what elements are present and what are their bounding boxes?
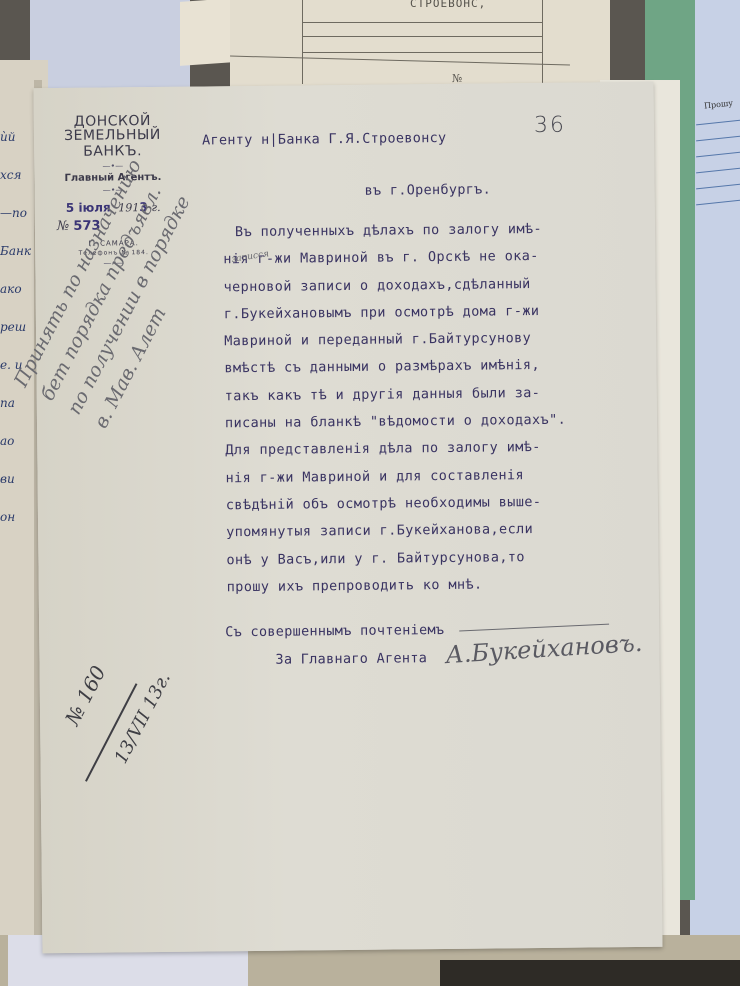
body-line: нія г-жи Мавриной въ г. Орскѣ не ока- — [223, 248, 564, 279]
body-line: вмѣстѣ съ данными о размѣрахъ имѣнія, — [224, 357, 565, 388]
body-line: онѣ у Васъ,или у г. Байтурсунова,то — [226, 548, 567, 579]
closing-signatory-role: За Главнаго Агента — [275, 650, 427, 668]
folio-number: 36 — [534, 113, 566, 138]
form-rule — [302, 0, 303, 84]
form-rule — [302, 22, 542, 23]
background-dark-gap — [440, 960, 740, 986]
address-city: въ г.Оренбургъ. — [364, 181, 491, 198]
form-rule — [302, 36, 542, 37]
letter-sheet: ДОНСКОЙ ЗЕМЕЛЬНЫЙ БАНКЪ. —•— Главный Аге… — [33, 82, 662, 953]
body-line: Мавриной и переданный г.Байтурсунову — [224, 330, 565, 361]
body-line: Въ полученныхъ дѣлахъ по залогу имѣ- — [235, 221, 576, 252]
form-rule — [230, 56, 570, 66]
letter-body: Въ полученныхъ дѣлахъ по залогу имѣ- нія… — [223, 221, 568, 607]
body-line: свѣдѣній объ осмотрѣ необходимы выше- — [226, 494, 567, 525]
background-blue-form: Прошу — [690, 0, 740, 960]
body-line: г.Букейхановымъ при осмотрѣ дома г-жи — [224, 303, 565, 334]
number-symbol: № — [57, 219, 69, 234]
body-line: такъ какъ тѣ и другія данныя были за- — [225, 384, 566, 415]
background-top-form: СТРОЕВОНС, № — [230, 0, 610, 90]
blue-form-text: Прошу — [704, 99, 734, 111]
form-rule — [696, 136, 740, 142]
top-form-caption: СТРОЕВОНС, — [410, 0, 486, 10]
body-line: Для представленія дѣла по залогу имѣ- — [225, 439, 566, 470]
body-line: писаны на бланкѣ "вѣдомости о доходахъ". — [225, 412, 566, 443]
form-rule — [696, 168, 740, 174]
form-rule — [542, 0, 543, 84]
form-rule — [696, 184, 740, 190]
form-rule — [302, 52, 542, 53]
form-rule — [696, 152, 740, 158]
form-rule — [696, 200, 740, 206]
background-handwritten-tab — [180, 0, 234, 66]
body-line: черновой записи о доходахъ,сдѣланный — [223, 275, 564, 306]
body-line: упомянутыя записи г.Букейханова,если — [226, 521, 567, 552]
closing-salutation: Съ совершеннымъ почтеніемъ — [225, 622, 444, 640]
body-line: прошу ихъ препроводить ко мнѣ. — [227, 576, 568, 607]
form-rule — [696, 120, 740, 126]
body-line: нія г-жи Мавриной и для составленія — [225, 466, 566, 497]
